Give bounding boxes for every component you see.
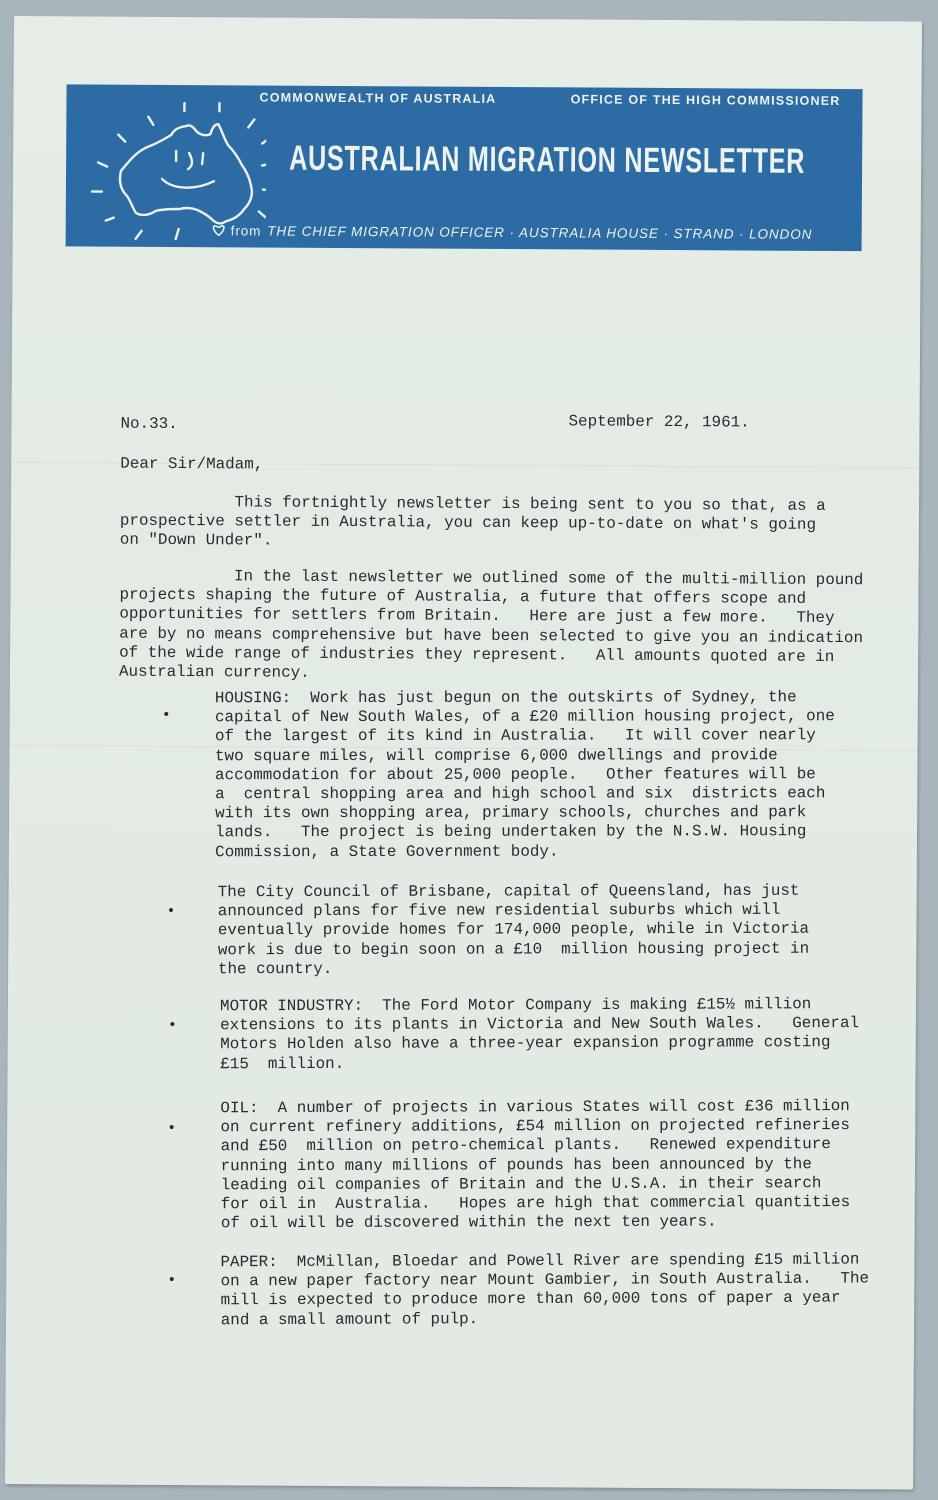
bullet: • [166,903,175,920]
sender-address: THE CHIEF MIGRATION OFFICER · AUSTRALIA … [267,224,812,242]
paper-item: PAPER: McMillan, Bloedar and Powell Rive… [220,1250,869,1330]
smiling-australia-map-icon [76,90,267,241]
from-label: from [231,223,262,238]
high-commissioner-heading: OFFICE OF THE HIGH COMMISSIONER [571,92,841,108]
bullet: • [168,1017,177,1034]
item-text: : McMillan, Bloedar and Powell River are… [221,1250,870,1328]
item-text: : A number of projects in various States… [220,1097,850,1232]
masthead-top-line: COMMONWEALTH OF AUSTRALIA OFFICE OF THE … [259,91,840,109]
newsletter-title: AUSTRALIAN MIGRATION NEWSLETTER [289,139,805,182]
oil-item: OIL: A number of projects in various Sta… [220,1097,850,1234]
item-heading: MOTOR INDUSTRY [220,997,354,1015]
bullet: • [167,1272,176,1289]
tasmania-outline-icon [212,224,226,237]
brisbane-item: The City Council of Brisbane, capital of… [218,882,809,980]
issue-number: No.33. [120,415,177,435]
item-heading: HOUSING [215,689,282,707]
item-text: The City Council of Brisbane, capital of… [218,882,809,978]
letter-date: September 22, 1961. [568,412,749,432]
newsletter-page: COMMONWEALTH OF AUSTRALIA OFFICE OF THE … [5,16,922,1490]
item-heading: OIL [220,1099,249,1117]
projects-paragraph: In the last newsletter we outlined some … [119,567,864,687]
item-heading: PAPER [220,1253,268,1271]
bullet: • [167,1120,176,1137]
commonwealth-heading: COMMONWEALTH OF AUSTRALIA [259,91,496,106]
item-text: : Work has just begun on the outskirts o… [215,688,835,861]
masthead-footer-line: from THE CHIEF MIGRATION OFFICER · AUSTR… [212,223,813,242]
salutation: Dear Sir/Madam, [120,455,263,475]
motor-industry-item: MOTOR INDUSTRY: The Ford Motor Company i… [220,995,859,1074]
intro-paragraph: This fortnightly newsletter is being sen… [120,493,826,555]
bullet: • [162,707,171,724]
housing-item: HOUSING: Work has just begun on the outs… [215,688,835,862]
newsletter-masthead: COMMONWEALTH OF AUSTRALIA OFFICE OF THE … [66,84,863,251]
